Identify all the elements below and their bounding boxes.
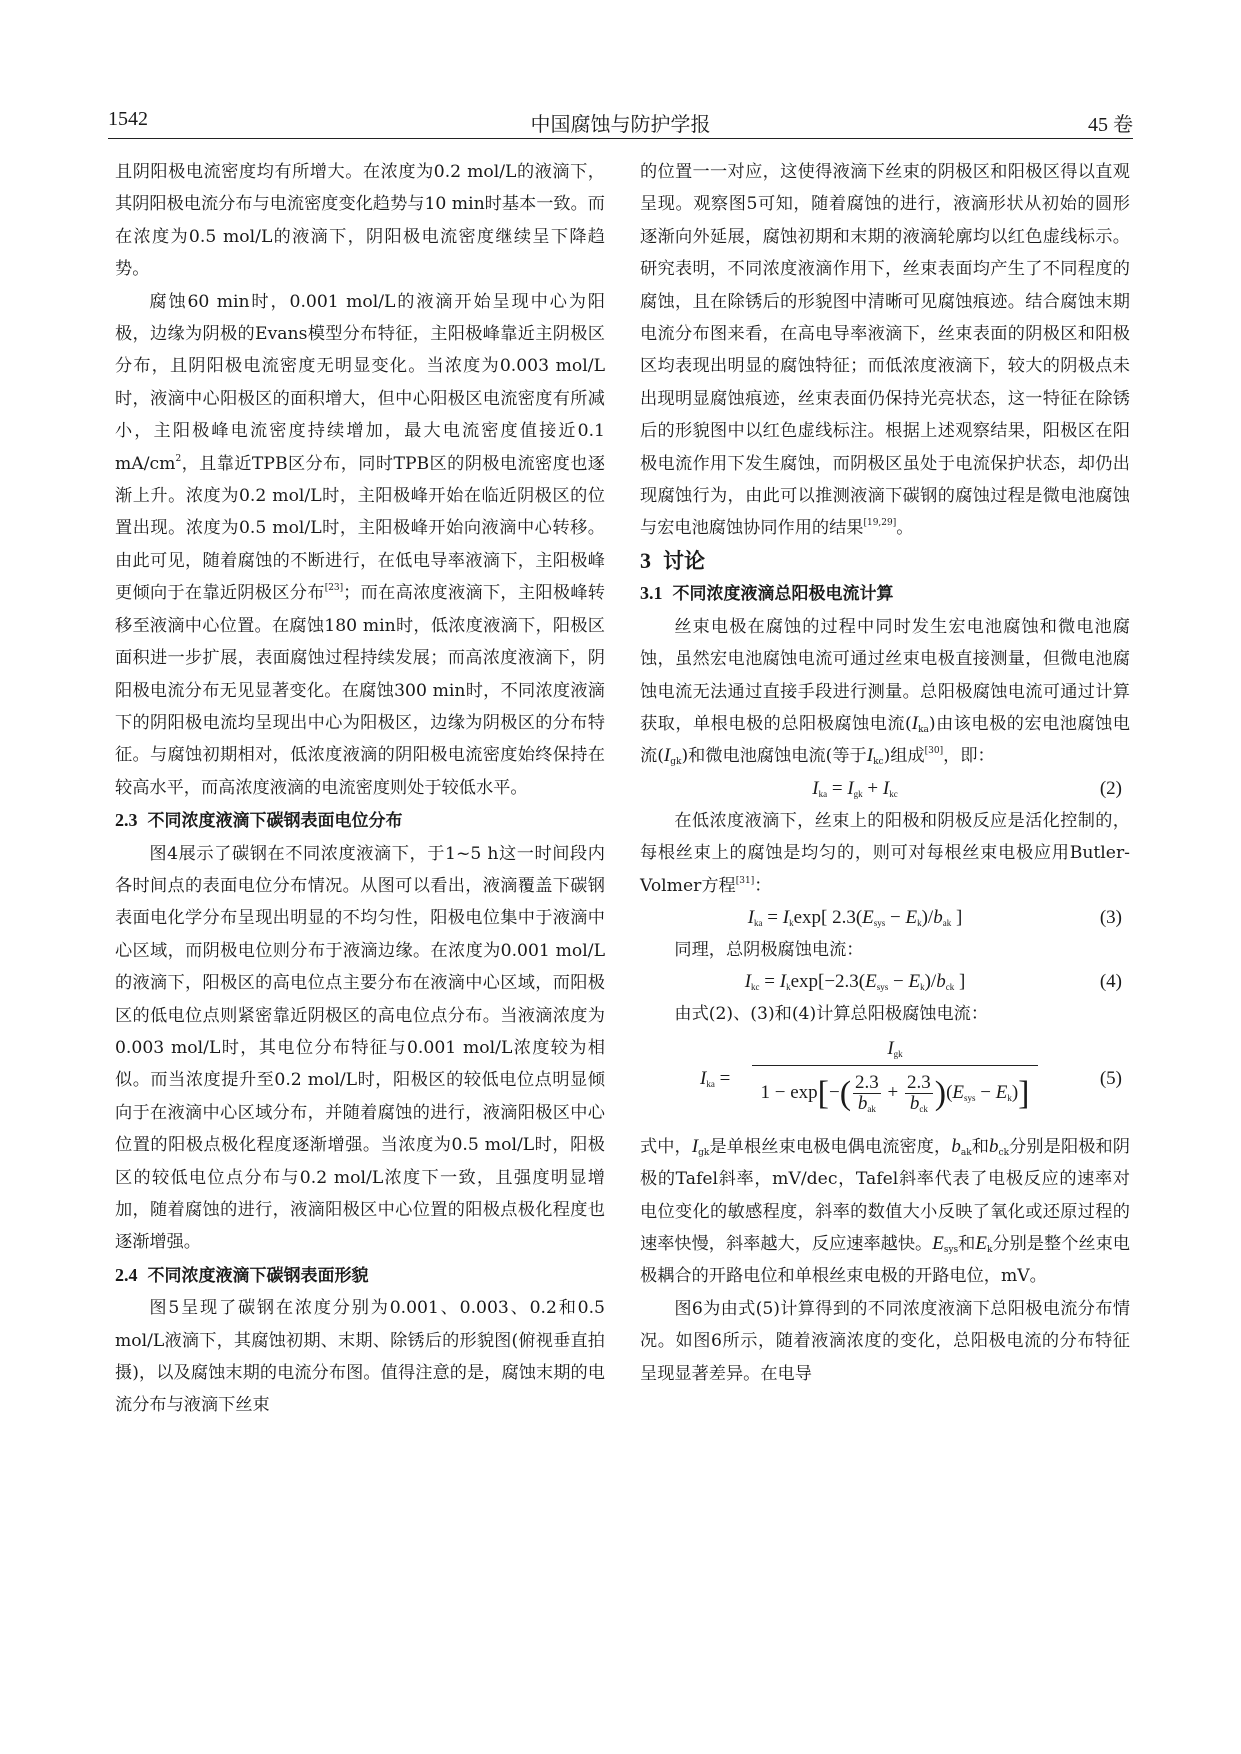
section-heading-3: 3讨论 xyxy=(640,545,1130,577)
paragraph: 由式(2)、(3)和(4)计算总阳极腐蚀电流： xyxy=(640,998,1130,1030)
equation-number: (2) xyxy=(1100,773,1122,805)
fraction: Igk 1 − exp[−(2.3bak + 2.3bck)(Esys − Ek… xyxy=(752,1033,1038,1121)
paragraph: 式中，Igk是单根丝束电极电偶电流密度，bak和bck分别是阳极和阴极的Tafe… xyxy=(640,1131,1130,1293)
section-heading-2-4: 2.4不同浓度液滴下碳钢表面形貌 xyxy=(115,1259,605,1292)
paragraph: 同理，总阴极腐蚀电流： xyxy=(640,934,1130,966)
paragraph: 丝束电极在腐蚀的过程中同时发生宏电池腐蚀和微电池腐蚀，虽然宏电池腐蚀电流可通过丝… xyxy=(640,611,1130,773)
citation: [31] xyxy=(736,876,754,886)
equation-5: Ika = Igk 1 − exp[−(2.3bak + 2.3bck)(Esy… xyxy=(640,1033,1130,1131)
right-column: 的位置一一对应，这使得液滴下丝束的阴极区和阳极区得以直观呈现。观察图5可知，随着… xyxy=(640,156,1130,1390)
paragraph: 且阴阳极电流密度均有所增大。在浓度为0.2 mol/L的液滴下，其阴阳极电流分布… xyxy=(115,156,605,286)
running-header: 1542 中国腐蚀与防护学报 45 卷 xyxy=(108,104,1133,139)
citation: [23] xyxy=(325,583,343,593)
equation-number: (3) xyxy=(1100,902,1122,934)
equation-number: (4) xyxy=(1100,966,1122,998)
equation-2: Ika = Igk + Ikc (2) xyxy=(640,773,1130,805)
paragraph: 图4展示了碳钢在不同浓度液滴下，于1~5 h这一时间段内各时间点的表面电位分布情… xyxy=(115,838,605,1259)
volume-label: 45 卷 xyxy=(1088,108,1133,137)
paragraph: 的位置一一对应，这使得液滴下丝束的阴极区和阳极区得以直观呈现。观察图5可知，随着… xyxy=(640,156,1130,545)
equation-3: Ika = Ikexp[ 2.3(Esys − Ek)/bak ] (3) xyxy=(640,902,1130,934)
paragraph: 图5呈现了碳钢在浓度分别为0.001、0.003、0.2和0.5 mol/L液滴… xyxy=(115,1292,605,1422)
citation: [19,29] xyxy=(863,518,896,528)
equation-number: (5) xyxy=(1100,1063,1122,1095)
section-heading-2-3: 2.3不同浓度液滴下碳钢表面电位分布 xyxy=(115,804,605,837)
section-heading-3-1: 3.1不同浓度液滴总阳极电流计算 xyxy=(640,577,1130,610)
equation-4: Ikc = Ikexp[−2.3(Esys − Ek)/bck ] (4) xyxy=(640,966,1130,998)
paragraph: 腐蚀60 min时，0.001 mol/L的液滴开始呈现中心为阳极，边缘为阴极的… xyxy=(115,286,605,805)
paragraph: 图6为由式(5)计算得到的不同浓度液滴下总阳极电流分布情况。如图6所示，随着液滴… xyxy=(640,1293,1130,1390)
paragraph: 在低浓度液滴下，丝束上的阳极和阴极反应是活化控制的，每根丝束上的腐蚀是均匀的，则… xyxy=(640,805,1130,902)
citation: [30] xyxy=(925,746,943,756)
left-column: 且阴阳极电流密度均有所增大。在浓度为0.2 mol/L的液滴下，其阴阳极电流分布… xyxy=(115,156,605,1422)
journal-title: 中国腐蚀与防护学报 xyxy=(108,108,1133,137)
